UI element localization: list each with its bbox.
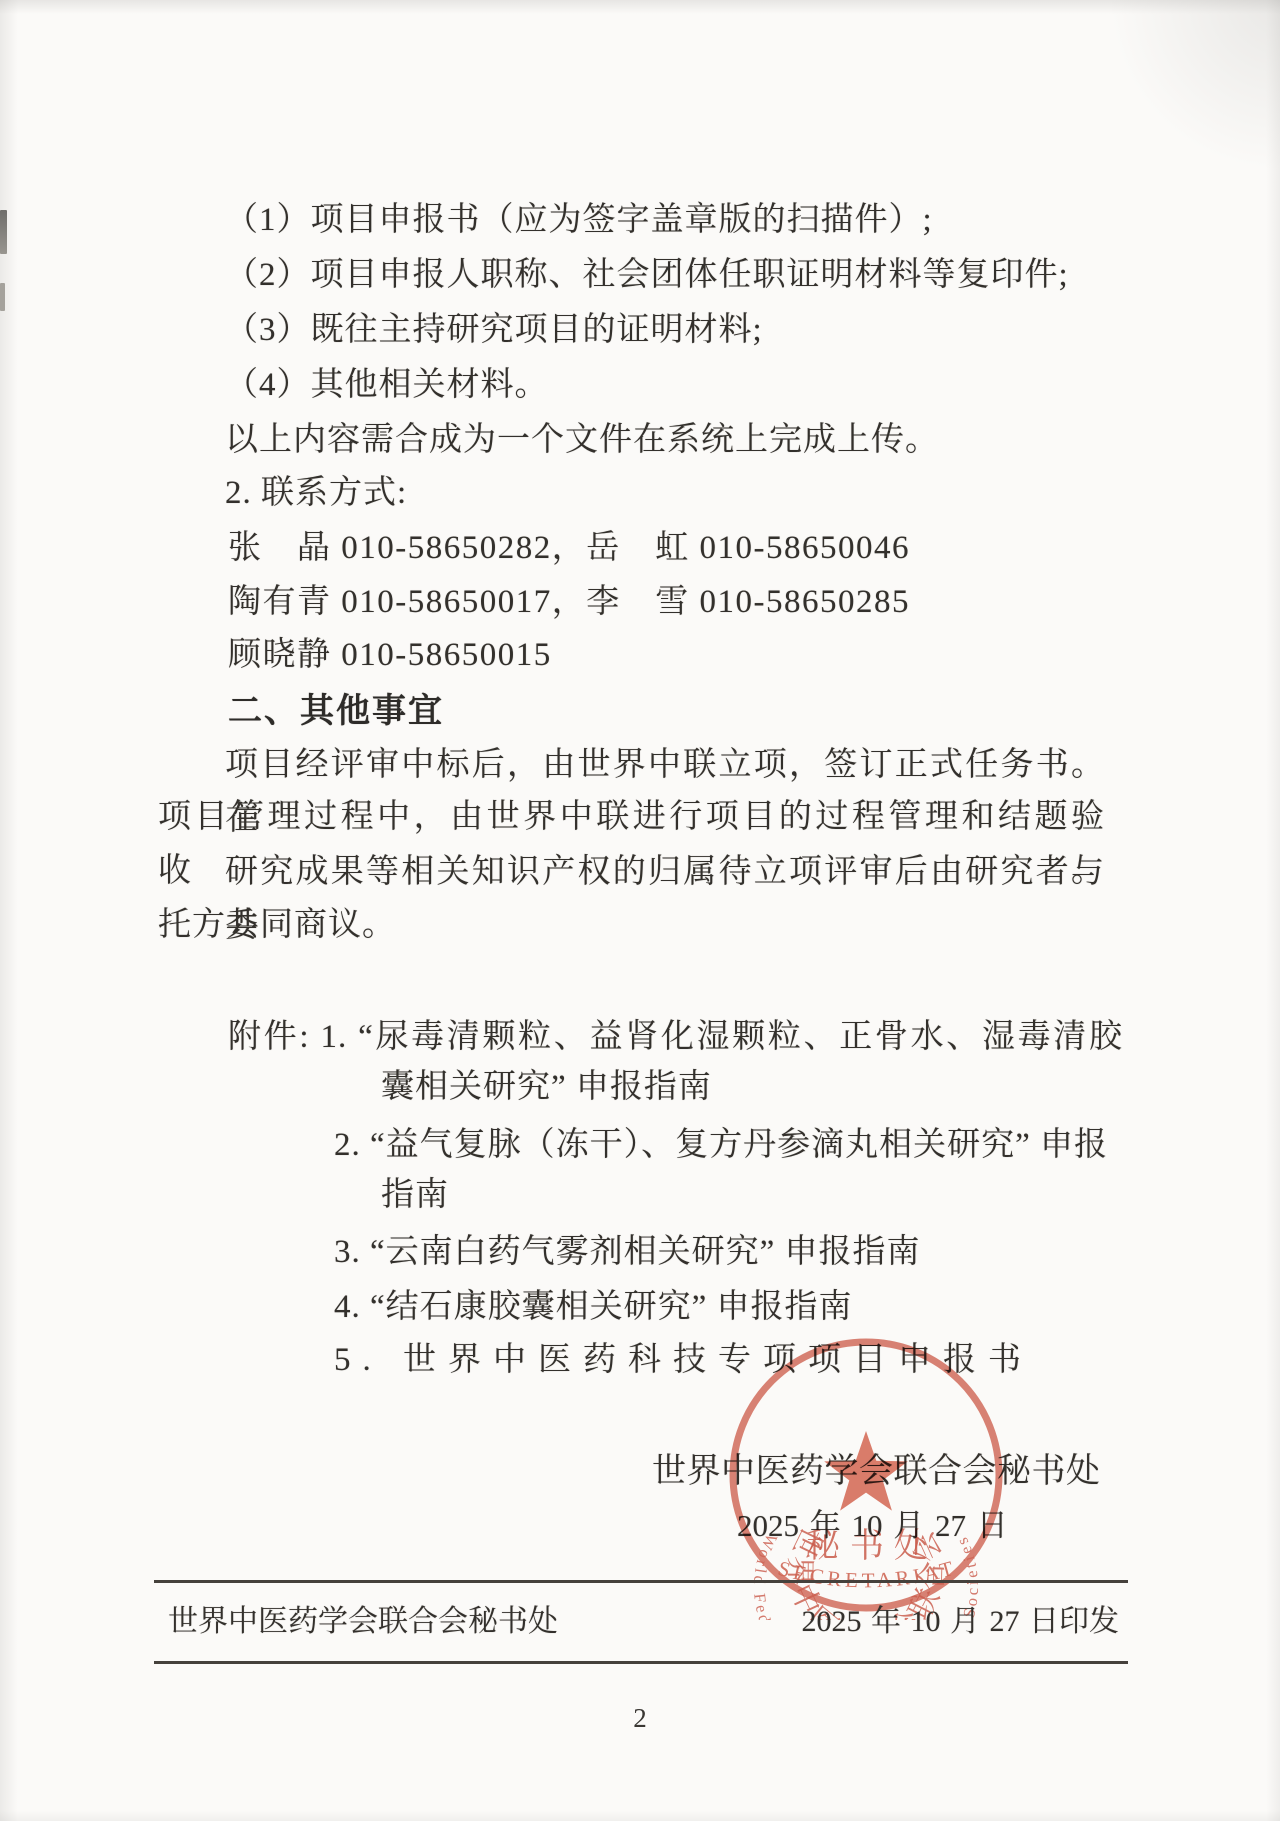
seal-center-text: 秘书处 <box>806 1527 938 1565</box>
attachment-line: 指南 <box>381 1168 449 1222</box>
contact-line: 顾晓静 010-58650015 <box>228 628 552 682</box>
attachment-line: 4. “结石康胶囊相关研究” 申报指南 <box>334 1280 853 1334</box>
attachment-line: 附件: 1. “尿毒清颗粒、益肾化湿颗粒、正骨水、湿毒清胶 <box>228 1010 1123 1064</box>
contact-heading: 2. 联系方式: <box>225 466 407 520</box>
attachment-line: 3. “云南白药气雾剂相关研究” 申报指南 <box>334 1225 921 1279</box>
body-line-item1: （1）项目申报书（应为签字盖章版的扫描件）; <box>225 193 933 247</box>
footer-issuer: 世界中医药学会联合会秘书处 <box>168 1601 558 1643</box>
star-icon <box>824 1431 908 1511</box>
footer-top-rule <box>154 1580 1128 1583</box>
attachment-line: 囊相关研究” 申报指南 <box>381 1060 712 1114</box>
body-line-item2: （2）项目申报人职称、社会团体任职证明材料等复印件; <box>225 248 1069 302</box>
contact-line: 张 晶 010-58650282，岳 虹 010-58650046 <box>228 521 910 575</box>
contact-line: 陶有青 010-58650017，李 雪 010-58650285 <box>228 575 910 629</box>
body-paragraph-line: 托方共同商议。 <box>158 898 396 952</box>
scanned-document-page: （1）项目申报书（应为签字盖章版的扫描件）; （2）项目申报人职称、社会团体任职… <box>0 0 1280 1821</box>
footer-bottom-rule <box>154 1661 1128 1664</box>
body-line-upload-note: 以上内容需合成为一个文件在系统上完成上传。 <box>225 413 939 467</box>
attachment-line: 2. “益气复脉（冻干）、复方丹参滴丸相关研究” 申报 <box>334 1118 1108 1172</box>
section-heading: 二、其他事宜 <box>228 684 444 738</box>
scan-artifact <box>0 210 7 254</box>
official-seal-stamp: World Federation of Chinese Medicine Soc… <box>721 1330 1011 1620</box>
page-number: 2 <box>0 1703 1280 1734</box>
scan-artifact <box>0 283 5 311</box>
body-line-item4: （4）其他相关材料。 <box>225 358 549 412</box>
footer-print-date: 2025 年 10 月 27 日印发 <box>802 1601 1120 1643</box>
body-line-item3: （3）既往主持研究项目的证明材料; <box>225 303 763 357</box>
